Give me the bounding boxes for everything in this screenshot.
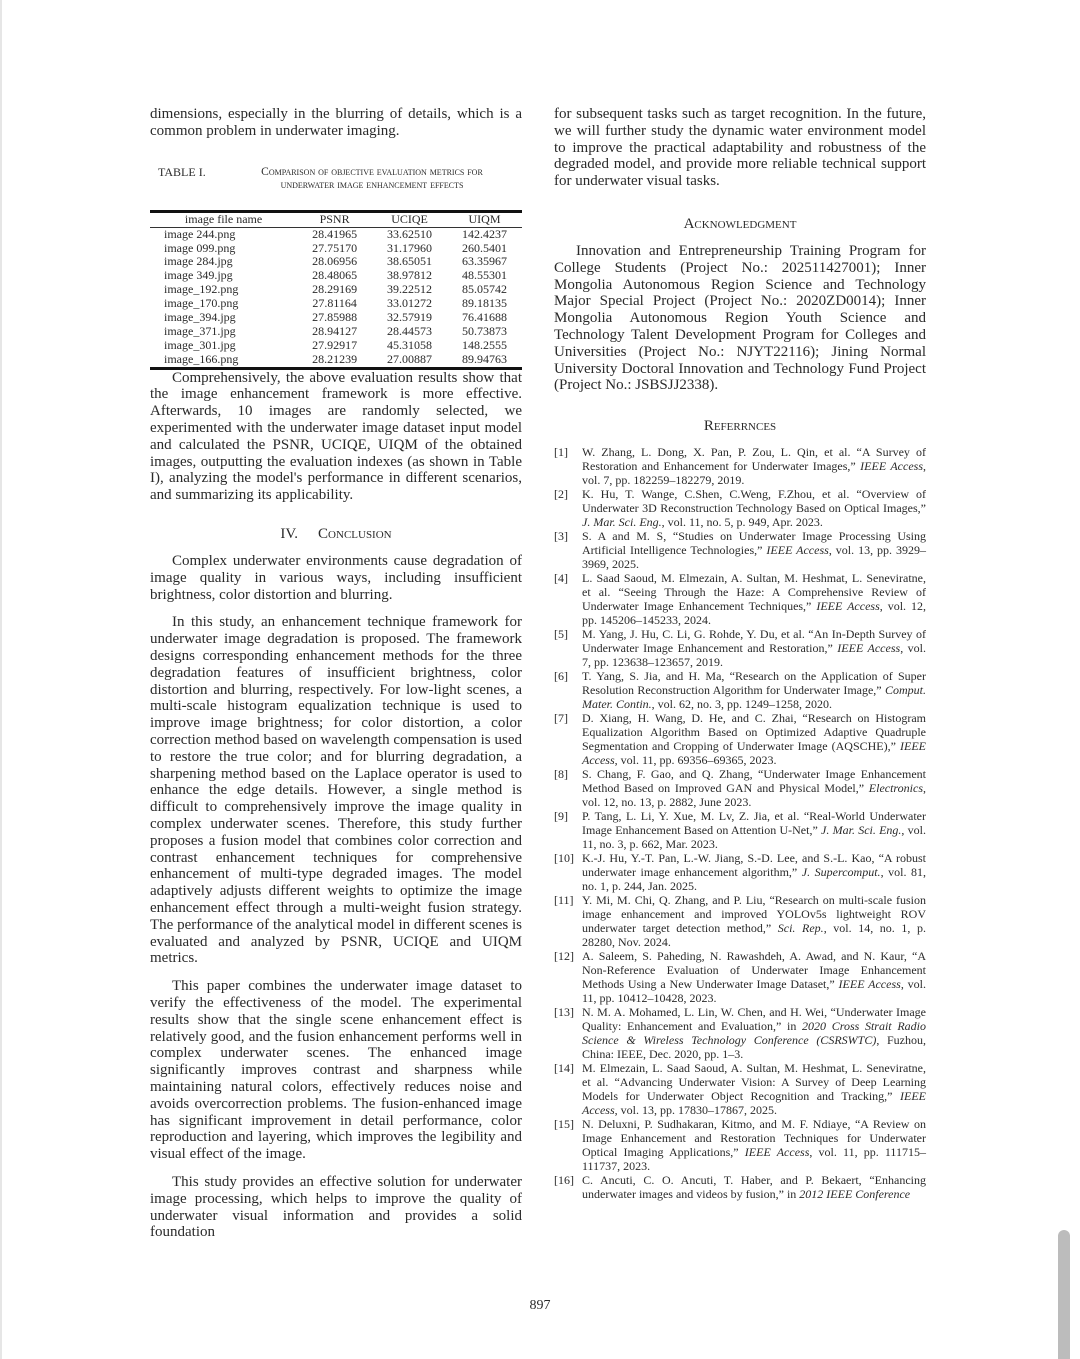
references-list: [1]W. Zhang, L. Dong, X. Pan, P. Zou, L.…	[554, 445, 926, 1201]
reference-text: M. Elmezain, L. Saad Saoud, A. Sultan, M…	[582, 1061, 926, 1117]
header-uciqe: UCIQE	[372, 211, 447, 227]
reference-venue: Electronics	[869, 781, 923, 795]
reference-text: D. Xiang, H. Wang, D. He, and C. Zhai, “…	[582, 711, 926, 767]
reference-text: P. Tang, L. Li, Y. Xue, M. Lv, Z. Jia, e…	[582, 809, 926, 851]
cell-psnr: 27.85988	[297, 311, 372, 325]
conclusion-paragraph: This study provides an effective solutio…	[150, 1174, 522, 1241]
cell-uciqe: 45.31058	[372, 339, 447, 353]
reference-text: C. Ancuti, C. O. Ancuti, T. Haber, and P…	[582, 1173, 926, 1201]
cell-file-name: image_394.jpg	[150, 311, 297, 325]
section-heading-acknowledgment: Acknowledgment	[554, 216, 926, 233]
reference-details: , vol. 11, no. 5, p. 949, Apr. 2023.	[662, 515, 823, 529]
reference-text: S. Chang, F. Gao, and Q. Zhang, “Underwa…	[582, 767, 926, 809]
reference-text: K.-J. Hu, Y.-T. Pan, L.-W. Jiang, S.-D. …	[582, 851, 926, 893]
reference-number: [11]	[554, 893, 582, 949]
cell-uciqe: 28.44573	[372, 325, 447, 339]
reference-venue: IEEE Access	[816, 599, 879, 613]
cell-uiqm: 148.2555	[447, 339, 522, 353]
reference-authors-title: M. Elmezain, L. Saad Saoud, A. Sultan, M…	[582, 1061, 926, 1103]
reference-details: , vol. 13, pp. 17830–17867, 2025.	[615, 1103, 777, 1117]
table-row: image 349.jpg28.4806538.9781248.55301	[150, 269, 522, 283]
table-row: image_166.png28.2123927.0088789.94763	[150, 353, 522, 368]
cell-uiqm: 89.94763	[447, 353, 522, 368]
reference-text: T. Yang, S. Jia, and H. Ma, “Research on…	[582, 669, 926, 711]
reference-item: [6]T. Yang, S. Jia, and H. Ma, “Research…	[554, 669, 926, 711]
reference-number: [12]	[554, 949, 582, 1005]
table-row: image 099.png27.7517031.17960260.5401	[150, 242, 522, 256]
table-caption: TABLE I. Comparison of objective evaluat…	[150, 166, 522, 194]
cell-uciqe: 39.22512	[372, 283, 447, 297]
reference-text: Y. Mi, M. Chi, Q. Zhang, and P. Liu, “Re…	[582, 893, 926, 949]
conclusion-paragraph: This paper combines the underwater image…	[150, 978, 522, 1163]
cell-psnr: 28.48065	[297, 269, 372, 283]
table-row: image_192.png28.2916939.2251285.05742	[150, 283, 522, 297]
cell-psnr: 28.06956	[297, 255, 372, 269]
cell-psnr: 28.41965	[297, 227, 372, 241]
reference-item: [9]P. Tang, L. Li, Y. Xue, M. Lv, Z. Jia…	[554, 809, 926, 851]
reference-text: N. M. A. Mohamed, L. Lin, W. Chen, and H…	[582, 1005, 926, 1061]
table-row: image 284.jpg28.0695638.6505163.35967	[150, 255, 522, 269]
reference-text: S. A and M. S, “Studies on Underwater Im…	[582, 529, 926, 571]
reference-venue: IEEE Access	[766, 543, 828, 557]
cell-uiqm: 48.55301	[447, 269, 522, 283]
reference-number: [10]	[554, 851, 582, 893]
table-title-line1: Comparison of objective evaluation metri…	[261, 166, 483, 178]
reference-number: [6]	[554, 669, 582, 711]
reference-venue: IEEE Access	[839, 977, 901, 991]
reference-item: [8]S. Chang, F. Gao, and Q. Zhang, “Unde…	[554, 767, 926, 809]
table-row: image_371.jpg28.9412728.4457350.73873	[150, 325, 522, 339]
reference-item: [15]N. Deluxni, P. Sudhakaran, Kitmo, an…	[554, 1117, 926, 1173]
cell-uiqm: 76.41688	[447, 311, 522, 325]
table-title: Comparison of objective evaluation metri…	[222, 166, 522, 192]
reference-venue: 2012 IEEE Conference	[799, 1187, 910, 1201]
reference-number: [15]	[554, 1117, 582, 1173]
reference-item: [12]A. Saleem, S. Paheding, N. Rawashdeh…	[554, 949, 926, 1005]
cell-uciqe: 33.01272	[372, 297, 447, 311]
cell-psnr: 28.29169	[297, 283, 372, 297]
cell-file-name: image_166.png	[150, 353, 297, 368]
cell-file-name: image_170.png	[150, 297, 297, 311]
cell-uciqe: 32.57919	[372, 311, 447, 325]
reference-number: [3]	[554, 529, 582, 571]
acknowledgment-paragraph: Innovation and Entrepreneurship Training…	[554, 243, 926, 394]
cell-psnr: 27.92917	[297, 339, 372, 353]
reference-item: [10]K.-J. Hu, Y.-T. Pan, L.-W. Jiang, S.…	[554, 851, 926, 893]
reference-details: , vol. 11, pp. 69356–69365, 2023.	[615, 753, 777, 767]
reference-item: [2]K. Hu, T. Wange, C.Shen, C.Weng, F.Zh…	[554, 487, 926, 529]
reference-venue: J. Mar. Sci. Eng.	[582, 515, 662, 529]
reference-authors-title: D. Xiang, H. Wang, D. He, and C. Zhai, “…	[582, 711, 926, 753]
reference-text: A. Saleem, S. Paheding, N. Rawashdeh, A.…	[582, 949, 926, 1005]
reference-item: [11]Y. Mi, M. Chi, Q. Zhang, and P. Liu,…	[554, 893, 926, 949]
table-row: image_394.jpg27.8598832.5791976.41688	[150, 311, 522, 325]
reference-item: [1]W. Zhang, L. Dong, X. Pan, P. Zou, L.…	[554, 445, 926, 487]
after-table-paragraph: Comprehensively, the above evaluation re…	[150, 370, 522, 504]
cell-uiqm: 89.18135	[447, 297, 522, 311]
cell-uiqm: 85.05742	[447, 283, 522, 297]
reference-item: [5]M. Yang, J. Hu, C. Li, G. Rohde, Y. D…	[554, 627, 926, 669]
cell-file-name: image_371.jpg	[150, 325, 297, 339]
cell-uciqe: 31.17960	[372, 242, 447, 256]
scrollbar-thumb[interactable]	[1058, 1230, 1070, 1359]
cell-uciqe: 38.65051	[372, 255, 447, 269]
reference-venue: IEEE Access	[860, 459, 923, 473]
page-edge-divider	[0, 0, 2, 1359]
reference-number: [5]	[554, 627, 582, 669]
table-row: image_301.jpg27.9291745.31058148.2555	[150, 339, 522, 353]
section-heading-conclusion: IV.Conclusion	[150, 526, 522, 543]
intro-paragraph: dimensions, especially in the blurring o…	[150, 106, 522, 140]
reference-item: [7]D. Xiang, H. Wang, D. He, and C. Zhai…	[554, 711, 926, 767]
reference-number: [13]	[554, 1005, 582, 1061]
cell-uiqm: 50.73873	[447, 325, 522, 339]
reference-number: [9]	[554, 809, 582, 851]
reference-item: [3]S. A and M. S, “Studies on Underwater…	[554, 529, 926, 571]
conclusion-paragraph: In this study, an enhancement technique …	[150, 614, 522, 967]
cell-uciqe: 33.62510	[372, 227, 447, 241]
table-number: TABLE I.	[158, 166, 206, 179]
reference-item: [14]M. Elmezain, L. Saad Saoud, A. Sulta…	[554, 1061, 926, 1117]
cell-file-name: image 099.png	[150, 242, 297, 256]
reference-item: [4]L. Saad Saoud, M. Elmezain, A. Sultan…	[554, 571, 926, 627]
cell-uciqe: 27.00887	[372, 353, 447, 368]
cell-file-name: image 284.jpg	[150, 255, 297, 269]
reference-venue: J. Mar. Sci. Eng.	[821, 823, 901, 837]
reference-details: , vol. 62, no. 3, pp. 1249–1258, 2020.	[652, 697, 832, 711]
reference-venue: IEEE Access	[745, 1145, 810, 1159]
cell-uiqm: 142.4237	[447, 227, 522, 241]
left-column: dimensions, especially in the blurring o…	[150, 106, 522, 1241]
section-heading-references: Referrnces	[554, 418, 926, 435]
reference-text: W. Zhang, L. Dong, X. Pan, P. Zou, L. Qi…	[582, 445, 926, 487]
continuation-paragraph: for subsequent tasks such as target reco…	[554, 106, 926, 190]
reference-text: N. Deluxni, P. Sudhakaran, Kitmo, and M.…	[582, 1117, 926, 1173]
reference-number: [4]	[554, 571, 582, 627]
references-title: Referrnces	[704, 418, 776, 434]
cell-file-name: image_301.jpg	[150, 339, 297, 353]
conclusion-paragraph: Complex underwater environments cause de…	[150, 553, 522, 603]
reference-item: [13]N. M. A. Mohamed, L. Lin, W. Chen, a…	[554, 1005, 926, 1061]
cell-psnr: 27.81164	[297, 297, 372, 311]
reference-number: [16]	[554, 1173, 582, 1201]
section-title: Conclusion	[318, 526, 392, 542]
table-row: image_170.png27.8116433.0127289.18135	[150, 297, 522, 311]
right-column: for subsequent tasks such as target reco…	[554, 106, 926, 1201]
reference-text: K. Hu, T. Wange, C.Shen, C.Weng, F.Zhou,…	[582, 487, 926, 529]
reference-number: [1]	[554, 445, 582, 487]
reference-authors-title: K. Hu, T. Wange, C.Shen, C.Weng, F.Zhou,…	[582, 487, 926, 515]
section-number: IV.	[280, 526, 298, 542]
reference-authors-title: T. Yang, S. Jia, and H. Ma, “Research on…	[582, 669, 926, 697]
reference-number: [7]	[554, 711, 582, 767]
header-psnr: PSNR	[297, 211, 372, 227]
metrics-table: image file name PSNR UCIQE UIQM image 24…	[150, 210, 522, 370]
cell-psnr: 28.94127	[297, 325, 372, 339]
acknowledgment-title: Acknowledgment	[684, 216, 797, 232]
page-number: 897	[0, 1298, 1080, 1314]
table-header-row: image file name PSNR UCIQE UIQM	[150, 211, 522, 227]
reference-number: [8]	[554, 767, 582, 809]
cell-uciqe: 38.97812	[372, 269, 447, 283]
reference-text: M. Yang, J. Hu, C. Li, G. Rohde, Y. Du, …	[582, 627, 926, 669]
reference-number: [2]	[554, 487, 582, 529]
header-file-name: image file name	[150, 211, 297, 227]
cell-psnr: 28.21239	[297, 353, 372, 368]
cell-file-name: image 349.jpg	[150, 269, 297, 283]
cell-psnr: 27.75170	[297, 242, 372, 256]
cell-uiqm: 63.35967	[447, 255, 522, 269]
header-uiqm: UIQM	[447, 211, 522, 227]
reference-venue: Sci. Rep.	[778, 921, 824, 935]
cell-file-name: image_192.png	[150, 283, 297, 297]
reference-text: L. Saad Saoud, M. Elmezain, A. Sultan, M…	[582, 571, 926, 627]
table-row: image 244.png28.4196533.62510142.4237	[150, 227, 522, 241]
reference-venue: J. Supercomput.	[802, 865, 881, 879]
table-title-line2: underwater image enhancement effects	[281, 179, 464, 191]
reference-venue: IEEE Access	[837, 641, 900, 655]
cell-uiqm: 260.5401	[447, 242, 522, 256]
reference-item: [16]C. Ancuti, C. O. Ancuti, T. Haber, a…	[554, 1173, 926, 1201]
cell-file-name: image 244.png	[150, 227, 297, 241]
reference-number: [14]	[554, 1061, 582, 1117]
